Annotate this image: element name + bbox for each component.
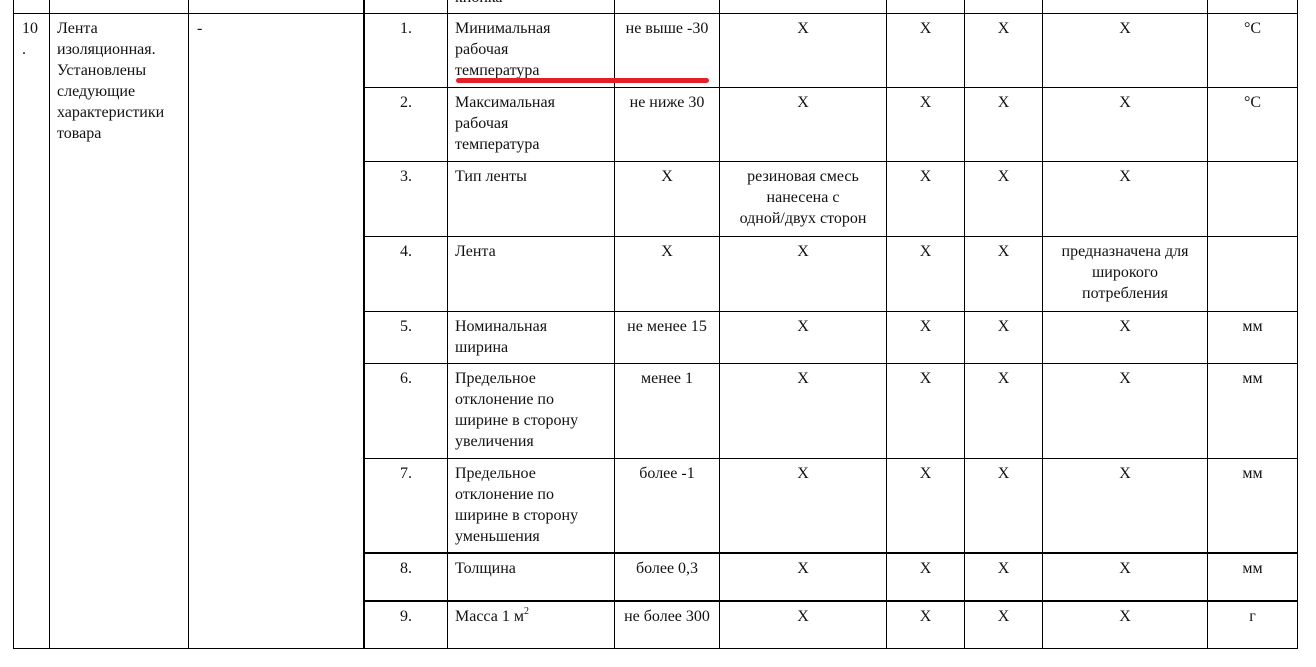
value-column-2: X — [887, 241, 964, 262]
parameter-value: не более 300 — [615, 606, 719, 627]
parameter-name: Предельноеотклонение поширине в сторонуу… — [448, 463, 614, 547]
value-column-4: X — [1043, 92, 1207, 113]
parameter-name: Максимальнаярабочаятемпература — [448, 92, 614, 155]
value-column-1: X — [720, 558, 886, 579]
value-column-4: X — [1043, 316, 1207, 337]
value-column-1: X — [720, 316, 886, 337]
table-border-horizontal — [13, 648, 1298, 649]
item-number: 10. — [22, 18, 38, 60]
value-column-4: предназначена дляширокогопотребления — [1043, 241, 1207, 304]
unit: °C — [1208, 92, 1297, 113]
parameter-name: Лента — [448, 241, 614, 262]
value-column-2: X — [887, 368, 964, 389]
parameter-value: X — [615, 166, 719, 187]
parameter-value: не менее 15 — [615, 316, 719, 337]
value-column-4: X — [1043, 463, 1207, 484]
row-number: 2. — [365, 92, 447, 113]
value-column-3: X — [965, 92, 1042, 113]
parameter-value: не выше -30 — [615, 18, 719, 39]
value-column-1: X — [720, 241, 886, 262]
value-column-2: X — [887, 316, 964, 337]
value-column-4: X — [1043, 18, 1207, 39]
value-column-3: X — [965, 463, 1042, 484]
table-border-horizontal — [13, 13, 1298, 14]
value-column-4: X — [1043, 606, 1207, 627]
value-column-3: X — [965, 558, 1042, 579]
value-column-1: X — [720, 463, 886, 484]
value-column-1: X — [720, 92, 886, 113]
unit: мм — [1208, 463, 1297, 484]
value-column-2: X — [887, 606, 964, 627]
value-column-4: X — [1043, 166, 1207, 187]
table-border-horizontal — [364, 363, 1298, 364]
parameter-value: более -1 — [615, 463, 719, 484]
value-column-1: X — [720, 18, 886, 39]
previous-row-partial-text: кнопка — [455, 0, 503, 8]
unit: г — [1208, 606, 1297, 627]
parameter-value: X — [615, 241, 719, 262]
value-column-2: X — [887, 92, 964, 113]
row-number: 5. — [365, 316, 447, 337]
row-number: 1. — [365, 18, 447, 39]
table-border-vertical — [1297, 0, 1298, 649]
unit: °C — [1208, 18, 1297, 39]
unit: мм — [1208, 558, 1297, 579]
table-border-horizontal — [364, 87, 1298, 88]
table-border-horizontal — [364, 600, 1298, 602]
value-column-1: X — [720, 368, 886, 389]
row-number: 4. — [365, 241, 447, 262]
value-column-3: X — [965, 18, 1042, 39]
unit: мм — [1208, 368, 1297, 389]
table-border-horizontal — [364, 311, 1298, 312]
value-column-2: X — [887, 166, 964, 187]
value-column-3: X — [965, 166, 1042, 187]
parameter-name: Масса 1 м2 — [448, 606, 614, 627]
parameter-name: Толщина — [448, 558, 614, 579]
value-column-3: X — [965, 606, 1042, 627]
row-number: 8. — [365, 558, 447, 579]
item-name: Лентаизоляционная.Установленыследующиеха… — [50, 18, 188, 144]
parameter-name: Номинальнаяширина — [448, 316, 614, 358]
parameter-value: не ниже 30 — [615, 92, 719, 113]
table-border-vertical — [13, 0, 14, 649]
value-column-3: X — [965, 241, 1042, 262]
parameter-name: Тип ленты — [448, 166, 614, 187]
table-border-horizontal — [364, 236, 1298, 237]
table-border-horizontal — [364, 161, 1298, 162]
value-column-4: X — [1043, 558, 1207, 579]
item-code: - — [189, 18, 364, 39]
value-column-2: X — [887, 558, 964, 579]
parameter-value: более 0,3 — [615, 558, 719, 579]
unit: мм — [1208, 316, 1297, 337]
value-column-3: X — [965, 316, 1042, 337]
row-number: 9. — [365, 606, 447, 627]
row-number: 3. — [365, 166, 447, 187]
row-number: 7. — [365, 463, 447, 484]
table-border-horizontal — [364, 458, 1298, 459]
value-column-2: X — [887, 18, 964, 39]
parameter-name: Минимальнаярабочаятемпература — [448, 18, 614, 81]
table-border-vertical — [188, 0, 189, 649]
parameter-name: Предельноеотклонение поширине в сторонуу… — [448, 368, 614, 452]
value-column-1: резиновая смесьнанесена содной/двух стор… — [720, 166, 886, 229]
value-column-4: X — [1043, 368, 1207, 389]
value-column-3: X — [965, 368, 1042, 389]
parameter-value: менее 1 — [615, 368, 719, 389]
row-number: 6. — [365, 368, 447, 389]
table-border-horizontal — [364, 552, 1298, 554]
value-column-2: X — [887, 463, 964, 484]
red-underline-annotation — [456, 78, 709, 83]
value-column-1: X — [720, 606, 886, 627]
